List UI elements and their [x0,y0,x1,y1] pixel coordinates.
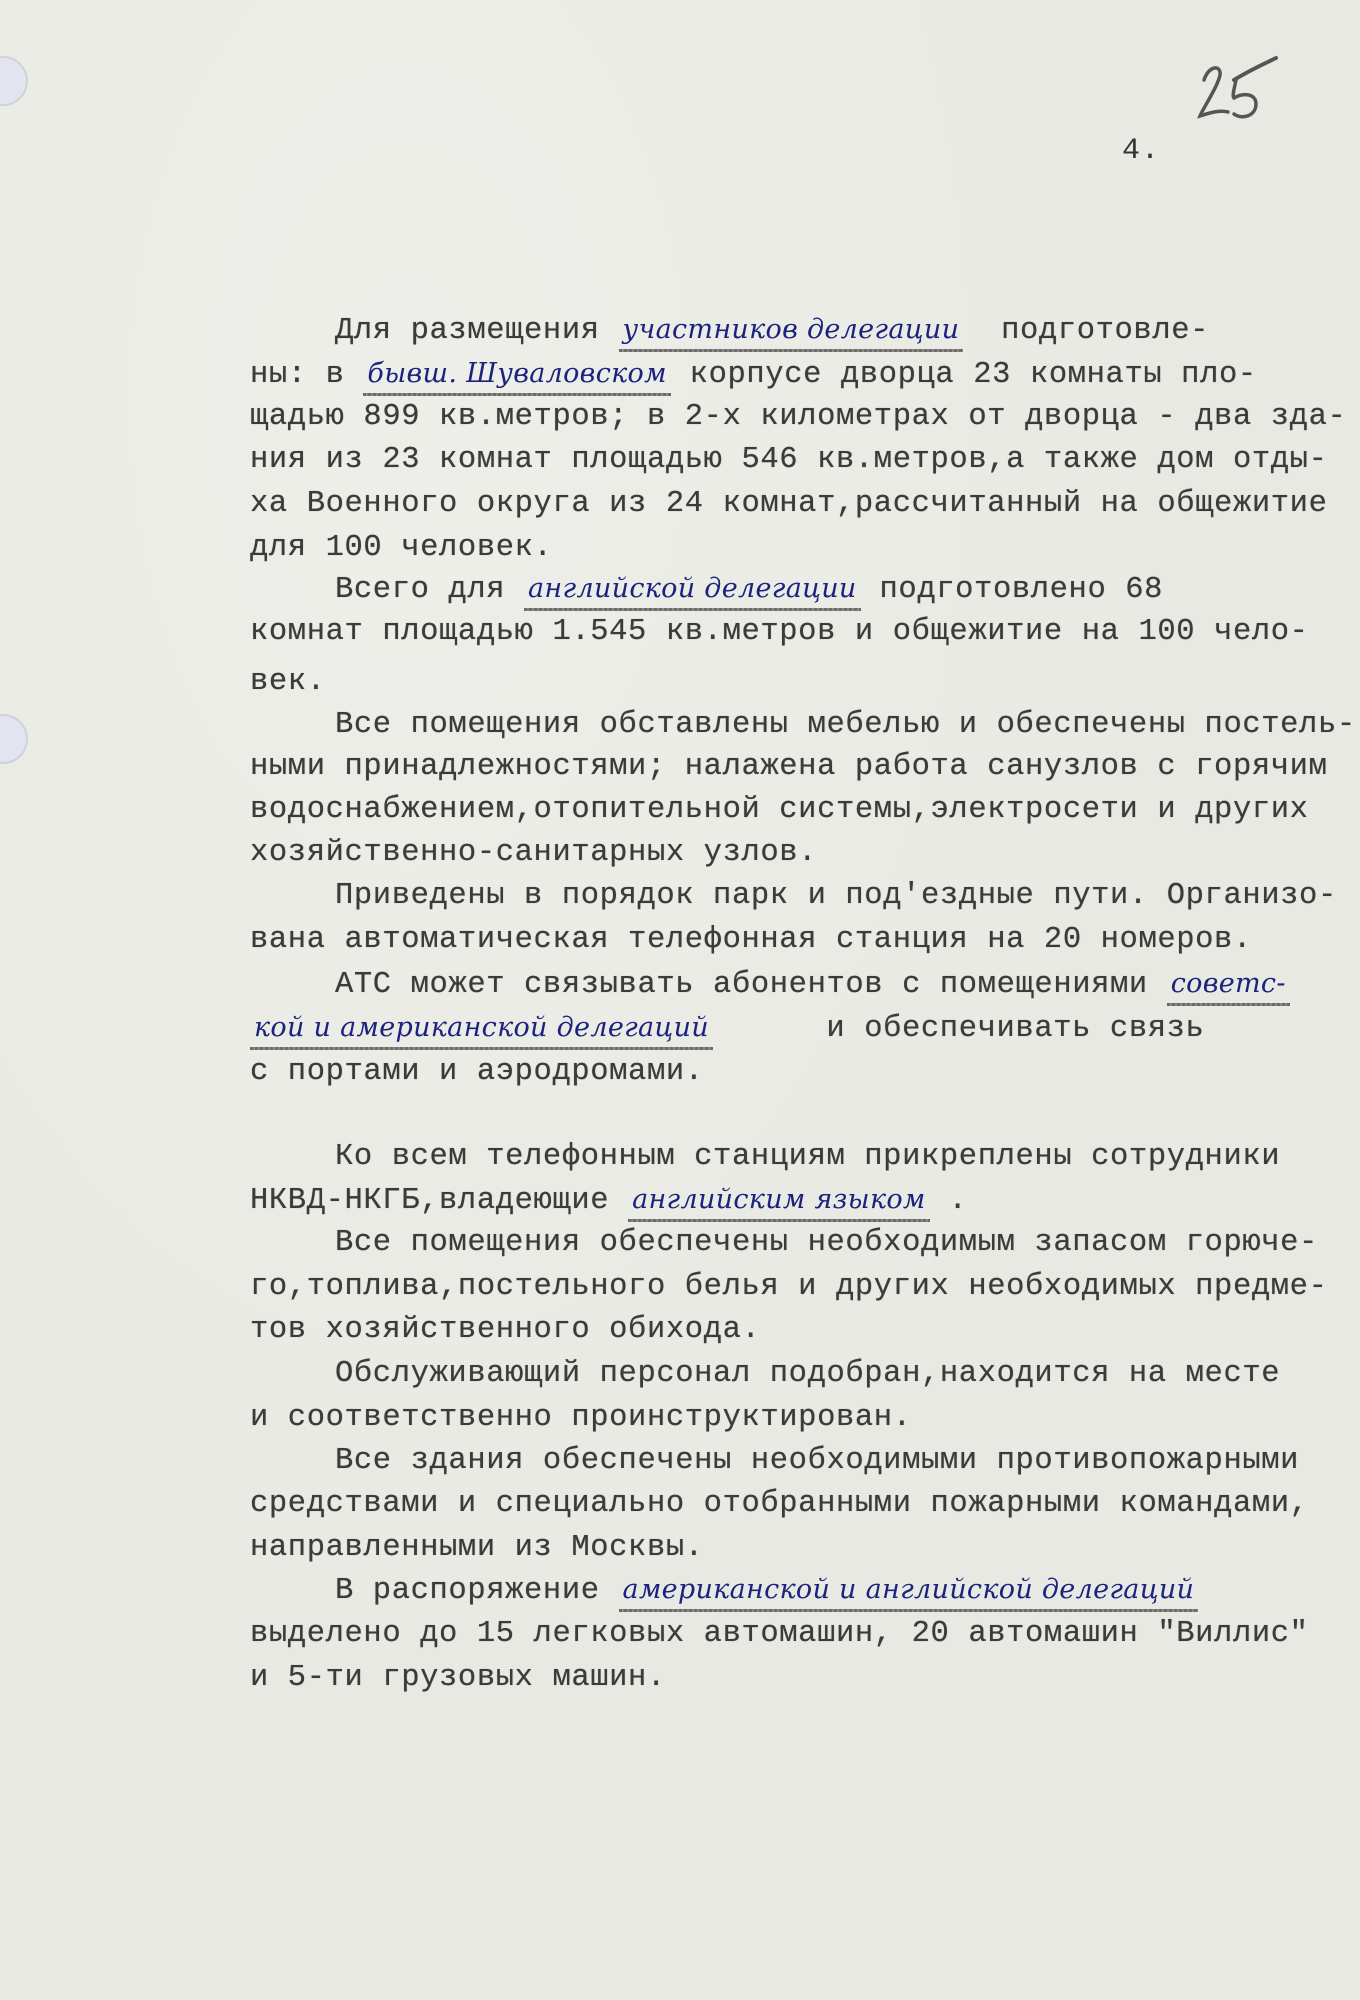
handwritten-insertion: кой и американской делегаций [250,1008,713,1048]
typed-text: ния из 23 комнат площадью 546 кв.метров,… [250,443,1327,477]
handwritten-insertion: английским языком [628,1180,930,1220]
typed-line: хозяйственно-санитарных узлов. [250,833,817,873]
typed-line: АТС может связывать абонентов с помещени… [335,964,1290,1004]
page-number: 4. [1122,134,1160,168]
typed-text: с портами и аэродромами. [250,1055,704,1089]
typed-line: го,топлива,постельного белья и других не… [250,1267,1327,1307]
typed-text: . [930,1184,968,1218]
typed-line: ны: в бывш. Шуваловском корпусе дворца 2… [250,354,1257,394]
typed-line: Все помещения обставлены мебелью и обесп… [335,705,1356,745]
typed-line: Для размещения участников делегации подг… [335,310,1209,350]
typed-text: АТС может связывать абонентов с помещени… [335,968,1167,1002]
typed-text: выделено до 15 легковых автомашин, 20 ав… [250,1617,1309,1651]
typed-line: век. [250,662,326,702]
typed-line: вана автоматическая телефонная станция н… [250,920,1252,960]
typed-line: комнат площадью 1.545 кв.метров и общежи… [250,612,1309,652]
typed-line: В распоряжение американской и английской… [335,1570,1198,1610]
handwritten-folio-number: 25 [1190,50,1290,130]
typed-text: Обслуживающий персонал подобран,находитс… [335,1357,1280,1391]
typed-line: щадью 899 кв.метров; в 2-х километрах от… [250,397,1346,437]
typed-text: комнат площадью 1.545 кв.метров и общежи… [250,615,1309,649]
typed-text: направленными из Москвы. [250,1531,704,1565]
typed-text: Ко всем телефонным станциям прикреплены … [335,1140,1280,1174]
typed-text: для 100 человек. [250,531,552,565]
typed-text: Для размещения [335,314,619,348]
typed-text: ными принадлежностями; налажена работа с… [250,750,1327,784]
typed-line: Все помещения обеспечены необходимым зап… [335,1223,1318,1263]
typed-text: Все помещения обставлены мебелью и обесп… [335,708,1356,742]
typed-text: В распоряжение [335,1574,619,1608]
handwritten-insertion: бывш. Шуваловском [363,354,670,394]
typed-line: водоснабжением,отопительной системы,элек… [250,790,1309,830]
handwritten-insertion: английской делегации [524,569,861,609]
typed-text: и обеспечивать связь [713,1012,1204,1046]
typed-text: Все здания обеспечены необходимыми проти… [335,1444,1299,1478]
typed-line: тов хозяйственного обихода. [250,1310,760,1350]
typed-text: хозяйственно-санитарных узлов. [250,836,817,870]
typed-text: и соответственно проинструктирован. [250,1401,912,1435]
typed-line: Ко всем телефонным станциям прикреплены … [335,1137,1280,1177]
typed-line: Обслуживающий персонал подобран,находитс… [335,1354,1280,1394]
typed-line: ными принадлежностями; налажена работа с… [250,747,1327,787]
typed-line: с портами и аэродромами. [250,1052,704,1092]
typed-text: водоснабжением,отопительной системы,элек… [250,793,1309,827]
typed-line: и соответственно проинструктирован. [250,1398,912,1438]
document-page: 25 4. Для размещения участников делегаци… [0,0,1360,2000]
typed-text: НКВД-НКГБ,владеющие [250,1184,628,1218]
typed-line: выделено до 15 легковых автомашин, 20 ав… [250,1614,1309,1654]
typed-line: ния из 23 комнат площадью 546 кв.метров,… [250,440,1327,480]
typed-text: и 5-ти грузовых машин. [250,1661,666,1695]
typed-text: щадью 899 кв.метров; в 2-х километрах от… [250,400,1346,434]
typed-line: НКВД-НКГБ,владеющие английским языком . [250,1180,967,1220]
typed-line: Всего для английской делегации подготовл… [335,569,1163,609]
typed-line: кой и американской делегаций и обеспечив… [250,1008,1204,1048]
typed-text: подготовле- [963,314,1209,348]
typed-text: средствами и специально отобранными пожа… [250,1487,1309,1521]
typed-text: Все помещения обеспечены необходимым зап… [335,1226,1318,1260]
handwritten-insertion: участников делегации [619,310,964,350]
typed-line: Все здания обеспечены необходимыми проти… [335,1441,1299,1481]
typed-text: тов хозяйственного обихода. [250,1313,760,1347]
typed-line: средствами и специально отобранными пожа… [250,1484,1309,1524]
typed-text: вана автоматическая телефонная станция н… [250,923,1252,957]
typed-line: Приведены в порядок парк и под'ездные пу… [335,876,1337,916]
typed-text: Всего для [335,573,524,607]
punch-hole [0,56,28,106]
handwritten-insertion: американской и английской делегаций [619,1570,1199,1610]
typed-text: подготовлено 68 [861,573,1163,607]
typed-text: Приведены в порядок парк и под'ездные пу… [335,879,1337,913]
typed-line: ха Военного округа из 24 комнат,рассчита… [250,484,1327,524]
typed-line: и 5-ти грузовых машин. [250,1658,666,1698]
typed-line: направленными из Москвы. [250,1528,704,1568]
typed-text: корпусе дворца 23 комнаты пло- [671,358,1257,392]
handwritten-insertion: советс- [1167,964,1290,1004]
typed-text: го,топлива,постельного белья и других не… [250,1270,1327,1304]
typed-line: для 100 человек. [250,528,552,568]
typed-text: ны: в [250,358,363,392]
punch-hole [0,714,28,764]
typed-text: век. [250,665,326,699]
typed-text: ха Военного округа из 24 комнат,рассчита… [250,487,1327,521]
